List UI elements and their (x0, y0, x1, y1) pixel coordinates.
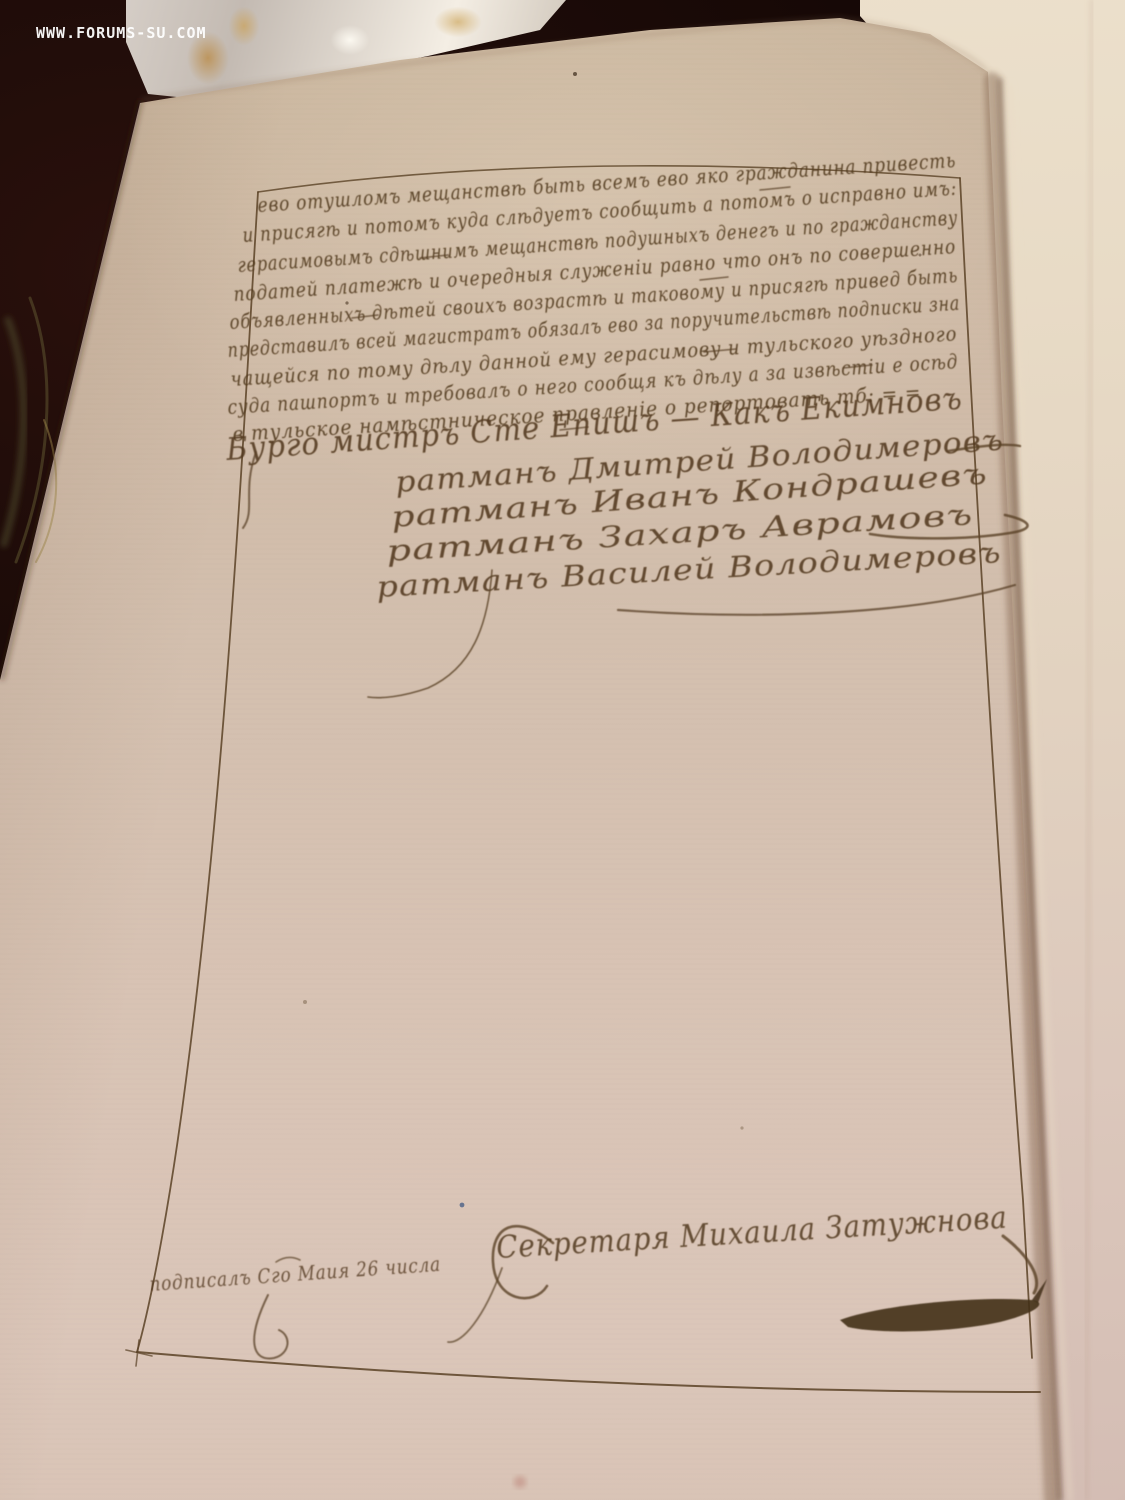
ink-speck (345, 301, 348, 304)
secretary-initial-tail (448, 1268, 502, 1342)
signature-block: Бурго мистръ Сте Епишъ — Какъ Екимновъ р… (224, 381, 1027, 698)
date-note-block: подписалъ Сго Маия 26 числа (149, 1252, 442, 1359)
signature-underline (618, 585, 1015, 615)
ink-speck (740, 1126, 743, 1129)
photo-scene: ево отушломъ мещанствѣ быть всемъ ево як… (0, 0, 1125, 1500)
ink-speck (573, 72, 577, 76)
secretary-block: Секретаря Михаила Затужнова (448, 1200, 1047, 1342)
facing-page-crease (1086, 0, 1092, 1500)
secretary-flourish (1003, 1236, 1037, 1293)
ink-speck (919, 254, 922, 257)
tablecloth-pattern (4, 298, 56, 562)
stain (514, 1476, 526, 1488)
top-page-edge (142, 19, 986, 100)
ink-overlay: ево отушломъ мещанствѣ быть всемъ ево як… (0, 0, 1125, 1500)
ink-blob (840, 1299, 1039, 1331)
watermark-text: WWW.FORUMS-SU.COM (36, 24, 207, 42)
secretary-signature: Секретаря Михаила Затужнова (495, 1200, 1008, 1266)
blue-speck (460, 1203, 465, 1208)
date-note-loop (254, 1295, 287, 1358)
ink-speck (303, 1000, 307, 1004)
fabric-streak (4, 320, 23, 544)
